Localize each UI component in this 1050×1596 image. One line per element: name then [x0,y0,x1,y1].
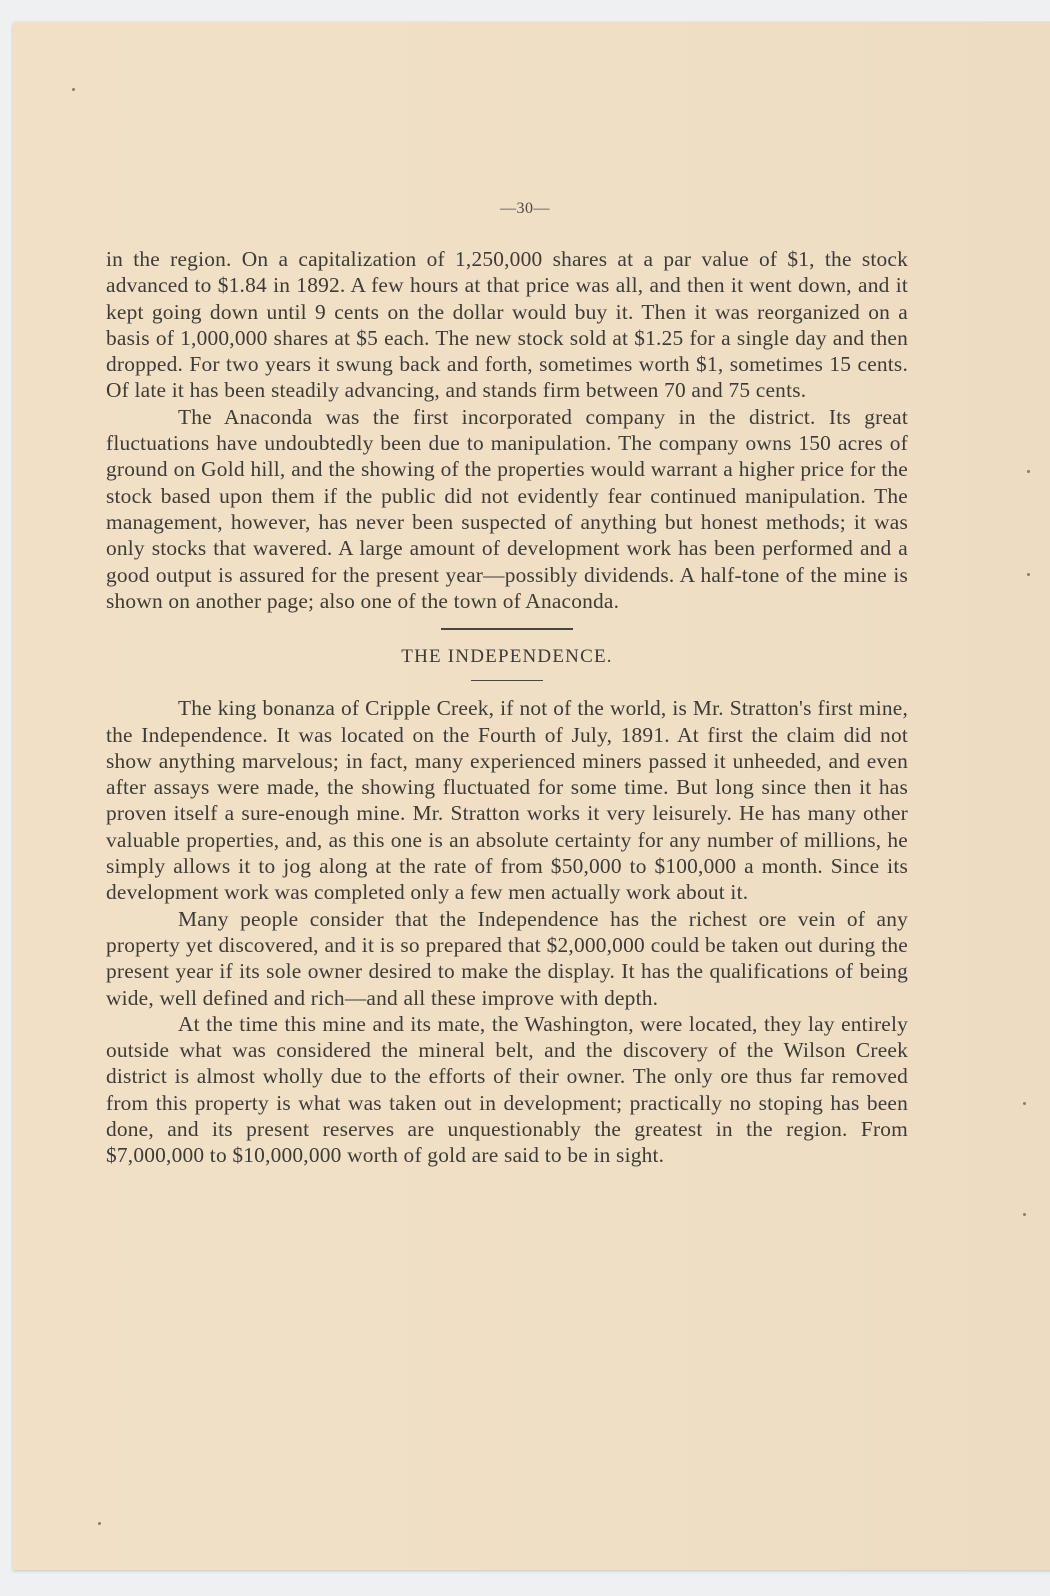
paragraph-independence-intro: The king bonanza of Cripple Creek, if no… [106,695,908,905]
page-number: —30— [0,200,1050,218]
paper-speck [1027,470,1030,473]
paper-speck [1023,1102,1026,1105]
heading-rule-top [441,628,573,629]
page-body: in the region. On a capitalization of 1,… [106,246,908,1169]
paper-speck [1023,1213,1026,1216]
paragraph-anaconda-stock: in the region. On a capitalization of 1,… [106,246,908,404]
paragraph-anaconda-company: The Anaconda was the first incorporated … [106,404,908,614]
paper-speck [98,1522,101,1525]
section-heading-block: THE INDEPENDENCE. [106,628,908,681]
heading-rule-bottom [471,680,543,681]
paragraph-independence-ore: Many people consider that the Independen… [106,906,908,1011]
paper-speck [72,88,75,91]
section-heading: THE INDEPENDENCE. [106,644,908,670]
paper-speck [1027,573,1030,576]
paragraph-independence-washington: At the time this mine and its mate, the … [106,1011,908,1169]
